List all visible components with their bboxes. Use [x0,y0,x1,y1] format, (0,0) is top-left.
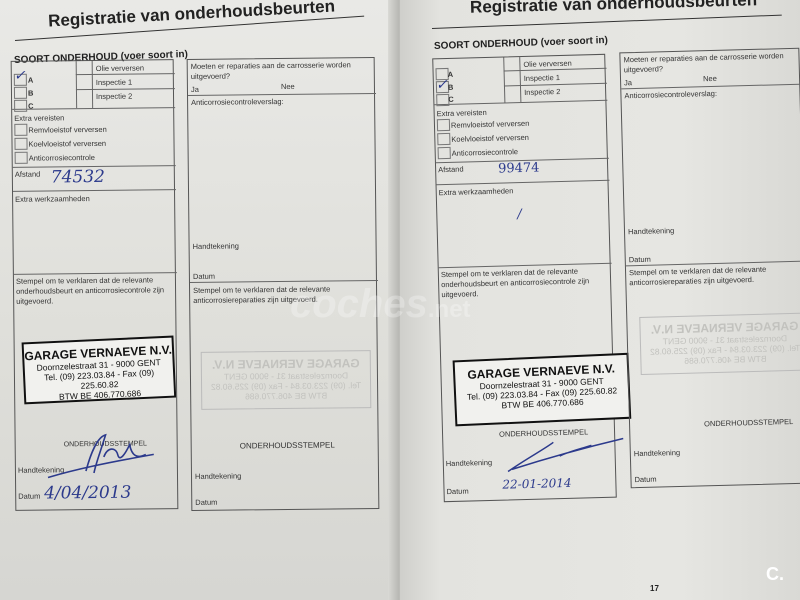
brake-fluid-label: Remvloeistof verversen [28,125,106,135]
repair-stamp-statement-l2: anticorrosiereparaties zijn uitgevoerd. [629,275,754,288]
signature-scribble [46,432,156,481]
maintenance-stamp-label: ONDERHOUDSSTEMPEL [704,417,793,429]
date-label: Datum [18,492,40,502]
service-inspection2-label: Inspectie 2 [524,87,561,97]
anticorrosion-checkbox[interactable] [15,152,28,164]
type-c-label: C [448,95,454,105]
maintenance-stamp-label: ONDERHOUDSSTEMPEL [240,440,335,451]
type-b-checkbox[interactable] [14,87,27,99]
corner-logo: C. [766,564,784,585]
ghost-stamp-imprint: GARAGE VERNAEVE N.V. Doornzelestraat 31 … [201,350,372,410]
coolant-label: Koelvloeistof verversen [28,139,106,149]
type-b-label: B [448,83,454,93]
type-a-label: A [448,70,454,80]
no-label: Nee [703,74,717,84]
signature-label: Handtekening [195,471,241,481]
service-inspection2-label: Inspectie 2 [96,92,132,102]
service-inspection1-label: Inspectie 1 [524,73,561,83]
service-oil-label: Olie verversen [523,59,572,70]
section-heading: SOORT ONDERHOUD (voer soort in) [434,35,608,52]
anticorrosion-report-label: Anticorrosiecontroleverslag: [624,89,717,101]
type-c-label: C [28,102,34,111]
anticorrosion-report-label: Anticorrosiecontroleverslag: [191,97,284,107]
page-title: Registratie van onderhoudsbeurten [470,0,758,18]
date-label: Datum [634,475,656,485]
extra-work-label: Extra werkzaamheden [439,186,514,197]
extra-work-label: Extra werkzaamheden [15,194,90,204]
body-repairs-question-l1: Moeten er reparaties aan de carrosserie … [623,51,783,65]
yes-label: Ja [624,78,632,88]
signature-label: Handtekening [446,458,493,469]
coolant-label: Koelvloeistof verversen [451,133,529,144]
watermark: coches.net [290,282,471,327]
date-label: Datum [195,498,217,508]
distance-label: Afstand [438,165,464,175]
body-repairs-question-l2: uitgevoerd? [624,64,663,74]
date-label: Datum [629,255,651,265]
signature-label: Handtekening [193,241,239,251]
type-c-checkbox[interactable] [14,100,27,112]
anticorrosion-label: Anticorrosiecontrole [452,147,519,158]
brake-fluid-checkbox[interactable] [437,119,450,131]
stamp-statement-l2: onderhoudsbeurt en anticorrosiecontrole … [16,285,164,296]
no-label: Nee [281,82,295,92]
maintenance-entry-box: ✓ A B C Olie verversen Inspectie 1 Inspe… [11,59,179,511]
anticorrosion-label: Anticorrosiecontrole [29,153,95,163]
distance-value: 99474 [498,161,540,177]
coolant-checkbox[interactable] [437,133,450,145]
date-label: Datum [193,272,215,282]
stamp-statement-l1: Stempel om te verklaren dat de relevante [16,275,153,286]
signature-scribble [505,432,626,475]
type-a-label: A [28,76,34,85]
extra-work-value: / [517,207,522,222]
coolant-checkbox[interactable] [14,138,27,150]
ghost-stamp-imprint: GARAGE VERNAEVE N.V. Doornzelestraat 31 … [639,313,800,375]
extra-requirements-heading: Extra vereisten [14,113,64,123]
anticorrosion-checkbox[interactable] [438,147,451,159]
date-value: 4/04/2013 [44,483,131,504]
date-label: Datum [446,487,468,497]
brake-fluid-label: Remvloeistof verversen [451,119,530,130]
garage-stamp: GARAGE VERNAEVE N.V. Doornzelestraat 31 … [453,353,632,427]
check-mark: ✓ [14,68,26,84]
distance-value: 74532 [51,167,105,188]
brake-fluid-checkbox[interactable] [14,124,27,136]
extra-requirements-heading: Extra vereisten [437,108,487,119]
service-oil-label: Olie verversen [96,63,144,73]
garage-stamp: GARAGE VERNAEVE N.V. Doornzelestraat 31 … [22,336,177,405]
check-mark: ✓ [436,77,448,93]
signature-label: Handtekening [634,448,681,459]
body-repairs-question-l1: Moeten er reparaties aan de carrosserie … [191,60,351,71]
body-repairs-box: Moeten er reparaties aan de carrosserie … [619,48,800,489]
service-inspection1-label: Inspectie 1 [96,78,132,88]
distance-label: Afstand [15,170,41,180]
signature-label: Handtekening [628,226,675,237]
date-value: 22-01-2014 [502,476,572,492]
type-b-label: B [28,89,34,98]
maintenance-entry-box: A ✓ B C Olie verversen Inspectie 1 Inspe… [432,54,617,502]
yes-label: Ja [191,85,199,94]
body-repairs-question-l2: uitgevoerd? [191,72,230,82]
page-number: 17 [650,584,659,593]
stamp-statement-l3: uitgevoerd. [16,296,53,306]
